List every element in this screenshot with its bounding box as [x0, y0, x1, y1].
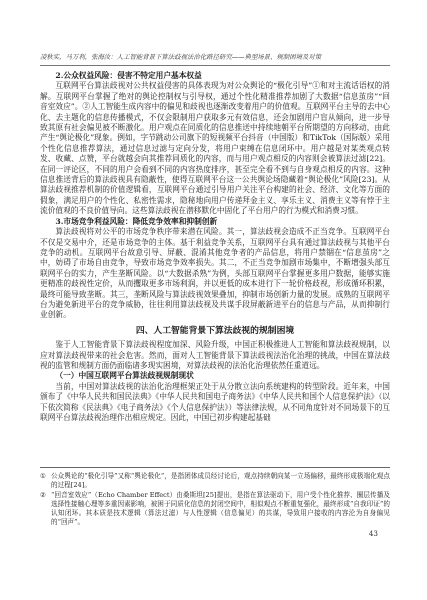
footnote-1-marker: ①	[40, 472, 46, 481]
article-body: 2.公众权益风险：侵害不特定用户基本权益 互联网平台算法歧视对公共权益侵害的具体…	[40, 71, 390, 465]
section-heading-regulation-dilemma: 四、人工智能背景下算法歧视的规制困境	[40, 326, 390, 336]
paragraph-regulation-status: 当前，中国对算法歧视的法治化治理框架正处于从分散立法向系统建构的转型阶段。近年来…	[40, 382, 390, 424]
footnote-2-marker: ②	[40, 491, 46, 500]
paragraph-market-competition-risk: 算法歧视将对公平的市场竞争秩序带来潜在风险。其一，算法歧视会造成不正当竞争。互联…	[40, 227, 390, 321]
subheading-public-rights-risk: 2.公众权益风险：侵害不特定用户基本权益	[40, 71, 390, 81]
footnote-2: ② “回音室效应”（Echo Chamber Effect）由桑斯坦[25]提出…	[40, 491, 390, 527]
paper-page: 凌秋实，马万利，张海汝：人工智能背景下算法歧视法治化路径研究——典型场景、规制困…	[0, 0, 427, 600]
footnote-1: ① 公众舆论的“极化引导”又称“舆论极化”，是指团体成员经讨论后，观点持续朝向某…	[40, 472, 390, 490]
footnote-1-text: 公众舆论的“极化引导”又称“舆论极化”，是指团体成员经讨论后，观点持续朝向某一立…	[51, 472, 390, 489]
page-number: 43	[369, 529, 378, 538]
paragraph-public-rights-risk: 互联网平台算法歧视对公共权益侵害的具体表现为对公众舆论的“极化引导”①和对主流话…	[40, 81, 390, 216]
footnote-area: ① 公众舆论的“极化引导”又称“舆论极化”，是指团体成员经讨论后，观点持续朝向某…	[40, 467, 390, 527]
subsection-heading-regulation-status: （一）中国互联网平台算法歧视规制现状	[40, 371, 390, 381]
paragraph-section-intro: 鉴于人工智能背景下算法歧视程度加深、风险升级，中国正积极推进人工智能和算法歧视规…	[40, 340, 390, 371]
footnote-2-text: “回音室效应”（Echo Chamber Effect）由桑斯坦[25]提出，是…	[51, 491, 390, 526]
subheading-market-competition-risk: 3.市场竞争利益风险：降低竞争效率和抑制创新	[40, 217, 390, 227]
running-header: 凌秋实，马万利，张海汝：人工智能背景下算法歧视法治化路径研究——典型场景、规制困…	[40, 53, 390, 66]
